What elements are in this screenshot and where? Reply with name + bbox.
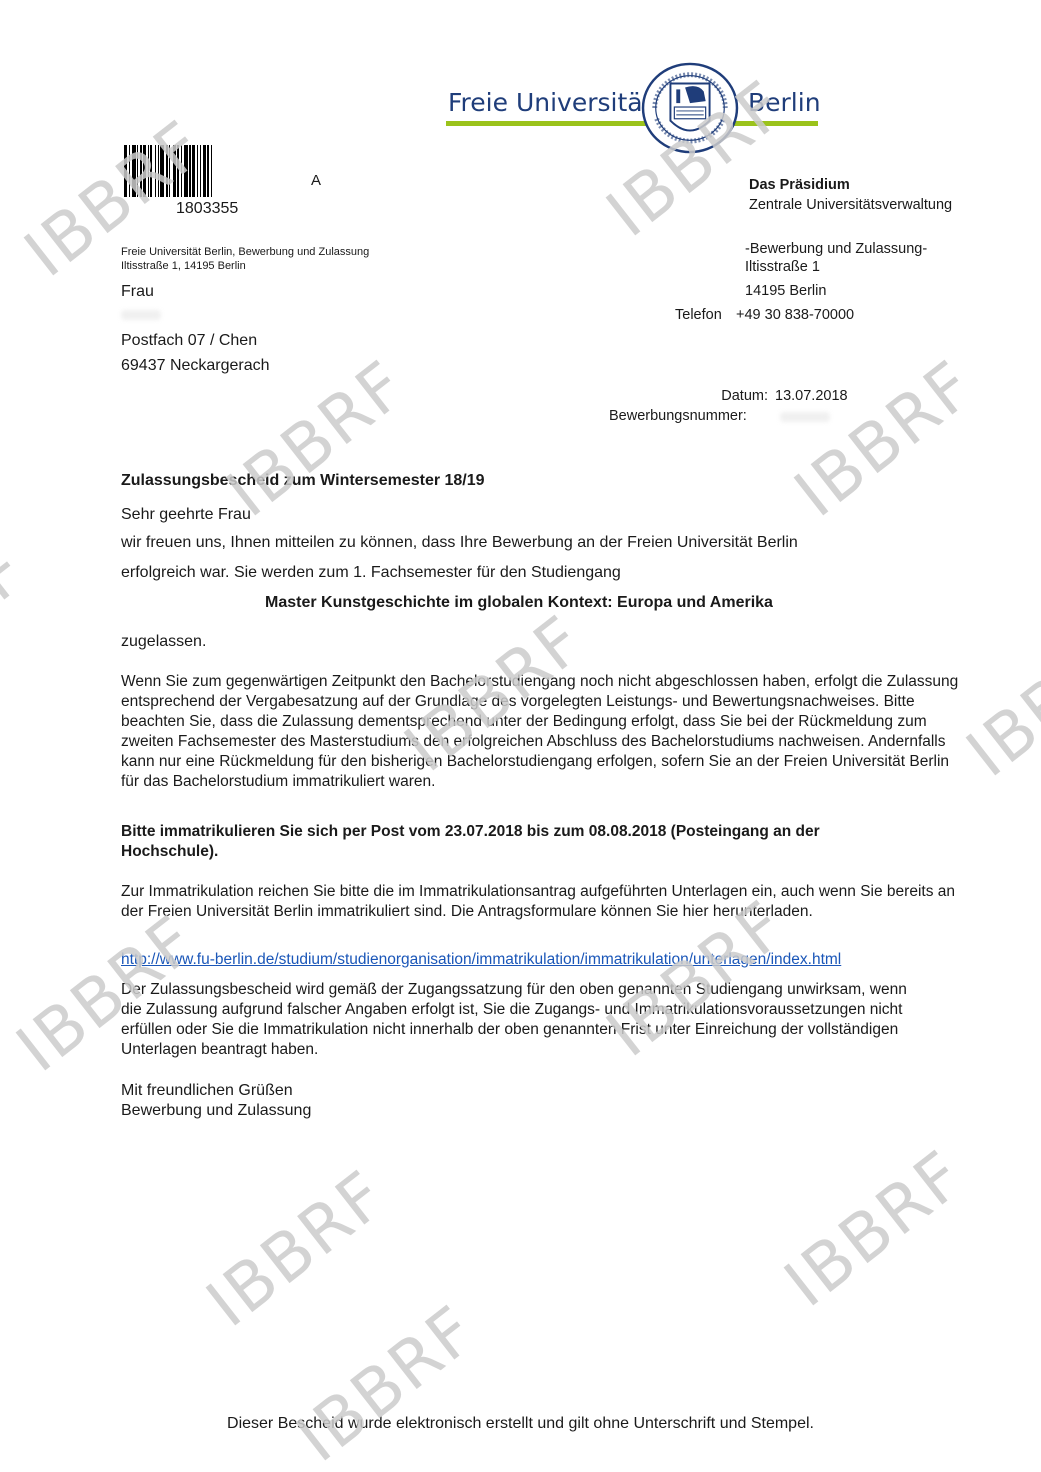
date-label: Datum:	[721, 386, 768, 406]
recipient-line-1: Postfach 07 / Chen	[121, 328, 257, 353]
logo-text-left: Freie Universität	[448, 88, 652, 117]
sender-line-1: Freie Universität Berlin, Bewerbung und …	[121, 245, 369, 259]
watermark: IBBRF	[771, 1136, 979, 1322]
recipient-salutation: Frau	[121, 279, 154, 304]
barcode	[124, 145, 215, 197]
letter-intro-1: wir freuen uns, Ihnen mitteilen zu könne…	[121, 534, 798, 552]
letter-subject: Zulassungsbescheid zum Wintersemester 18…	[121, 472, 485, 490]
letter-greeting: Sehr geehrte Frau	[121, 506, 251, 524]
application-number-label: Bewerbungsnummer:	[609, 406, 747, 426]
letter-signature: Bewerbung und Zulassung	[121, 1102, 311, 1120]
download-forms-link[interactable]: http://www.fu-berlin.de/studium/studieno…	[121, 951, 841, 968]
paragraph-invalid: Der Zulassungsbescheid wird gemäß der Zu…	[121, 980, 921, 1060]
barcode-letter: A	[311, 172, 321, 189]
enrollment-deadline: Bitte immatrikulieren Sie sich per Post …	[121, 822, 921, 862]
sender-line-2: Iltisstraße 1, 14195 Berlin	[121, 259, 246, 273]
barcode-number: 1803355	[176, 200, 238, 218]
link-container: http://www.fu-berlin.de/studium/studieno…	[121, 950, 971, 970]
university-seal-icon	[641, 62, 739, 154]
watermark: IBBRF	[193, 1156, 401, 1342]
watermark: IBBRF	[953, 606, 1041, 792]
application-number-redacted	[780, 412, 830, 422]
office-phone-label: Telefon	[675, 305, 722, 325]
office-street: Iltisstraße 1	[745, 257, 820, 277]
watermark: IBBRF	[0, 531, 41, 717]
office-department: -Bewerbung und Zulassung-	[745, 239, 927, 259]
date-value: 13.07.2018	[775, 386, 848, 406]
letter-admitted: zugelassen.	[121, 633, 206, 651]
program-name: Master Kunstgeschichte im globalen Konte…	[265, 594, 773, 612]
paragraph-condition: Wenn Sie zum gegenwärtigen Zeitpunkt den…	[121, 672, 961, 792]
office-city: 14195 Berlin	[745, 281, 826, 301]
logo-text-right: Berlin	[748, 88, 821, 117]
office-phone: +49 30 838-70000	[736, 305, 854, 325]
recipient-name-redacted	[121, 310, 161, 320]
watermark: IBBRF	[781, 346, 989, 532]
paragraph-documents: Zur Immatrikulation reichen Sie bitte di…	[121, 882, 961, 922]
letter-closing: Mit freundlichen Grüßen	[121, 1082, 293, 1100]
letter-intro-2: erfolgreich war. Sie werden zum 1. Fachs…	[121, 564, 621, 582]
office-title: Das Präsidium	[749, 175, 850, 195]
recipient-line-2: 69437 Neckargerach	[121, 353, 270, 378]
office-subtitle: Zentrale Universitätsverwaltung	[749, 195, 952, 215]
logo-accent-line	[446, 121, 818, 126]
footer-note: Dieser Bescheid wurde elektronisch erste…	[0, 1415, 1041, 1433]
watermark: IBBRF	[283, 1291, 491, 1472]
